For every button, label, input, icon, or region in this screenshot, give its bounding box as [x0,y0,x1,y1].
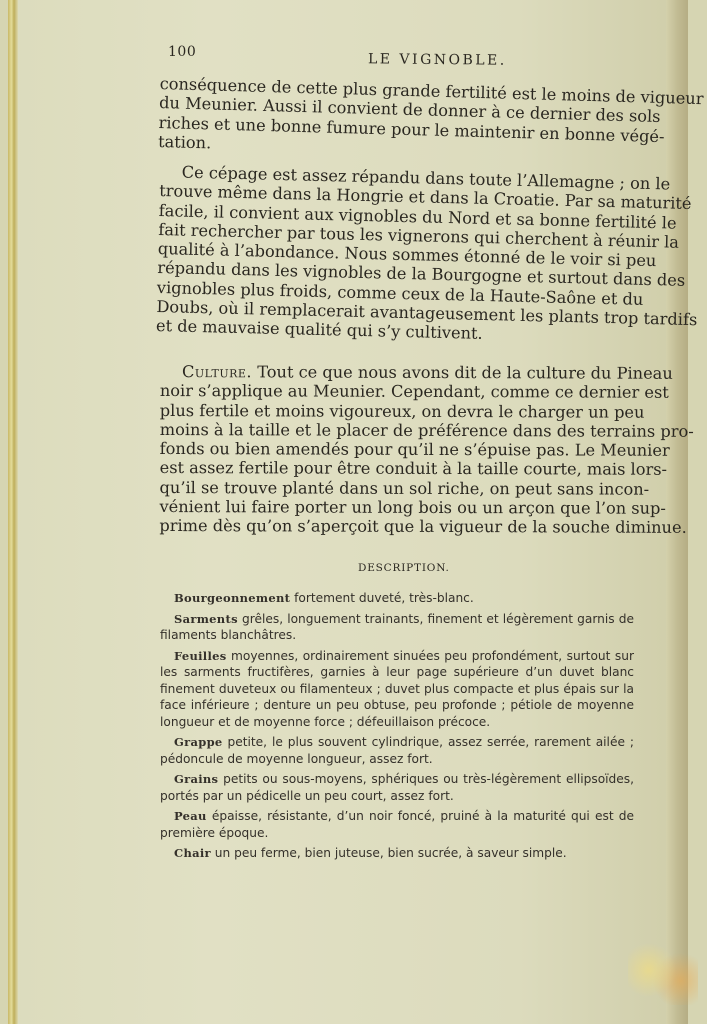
text-line: qu’il se trouve planté dans un sol riche… [160,478,638,499]
description-text: moyennes, ordinairement sinuées peu prof… [160,649,634,729]
description-item-grappe: Grappe petite, le plus souvent cylindriq… [160,734,634,767]
description-text: un peu ferme, bien juteuse, bien sucrée,… [211,846,567,860]
description-term: Grappe [174,735,223,749]
section-lead-culture: Culture. [182,362,252,381]
description-item-peau: Peau épaisse, résistante, d’un noir fonc… [160,808,634,841]
paragraph-culture: Culture. Tout ce que nous avons dit de l… [159,362,638,537]
text-line: Culture. Tout ce que nous avons dit de l… [160,362,638,383]
text-line: plus fertile et moins vigoureux, on devr… [160,401,638,422]
page-header: 100 LE VIGNOBLE. [168,44,638,74]
description-text: petite, le plus souvent cylindrique, ass… [160,735,634,766]
running-title: LE VIGNOBLE. [368,51,507,68]
text-segment: Tout ce que nous avons dit de la culture… [252,362,673,382]
paragraph-distribution: Ce cépage est assez répandu dans toute l… [156,162,638,347]
description-term: Bourgeonnement [174,591,290,605]
text-line: fonds ou bien amendés pour qu’il ne s’ép… [160,439,638,460]
page-gutter-edge [8,0,18,1024]
text-line: noir s’applique au Meunier. Cependant, c… [160,381,638,402]
light-glare [628,935,698,1005]
description-item-chair: Chair un peu ferme, bien juteuse, bien s… [160,845,634,862]
description-item-feuilles: Feuilles moyennes, ordinairement sinuées… [160,648,634,731]
description-text: petits ou sous-moyens, sphériques ou trè… [160,772,634,803]
description-term: Sarments [174,612,238,626]
description-item-sarments: Sarments grêles, longuement trainants, f… [160,611,634,644]
description-list: Bourgeonnement fortement duveté, très-bl… [160,590,634,866]
description-item-grains: Grains petits ou sous-moyens, sphériques… [160,771,634,804]
description-text: épaisse, résistante, d’un noir foncé, pr… [160,809,634,840]
text-line: prime dès qu’on s’aperçoit que la vigueu… [159,516,637,537]
description-text: fortement duveté, très-blanc. [290,591,474,605]
text-line: moins à la taille et le placer de préfér… [160,420,638,441]
paragraph-continuation: conséquence de cette plus grande fertili… [158,74,638,165]
page-number: 100 [168,44,196,60]
description-term: Grains [174,772,218,786]
text-line: est assez fertile pour être conduit à la… [160,458,638,479]
text-line: vénient lui faire porter un long bois ou… [159,497,637,518]
description-heading: DESCRIPTION. [358,562,450,574]
description-item-bourgeonnement: Bourgeonnement fortement duveté, très-bl… [160,590,634,607]
description-term: Peau [174,809,207,823]
description-term: Feuilles [174,649,227,663]
description-term: Chair [174,846,211,860]
page-fore-edge [666,0,688,1024]
